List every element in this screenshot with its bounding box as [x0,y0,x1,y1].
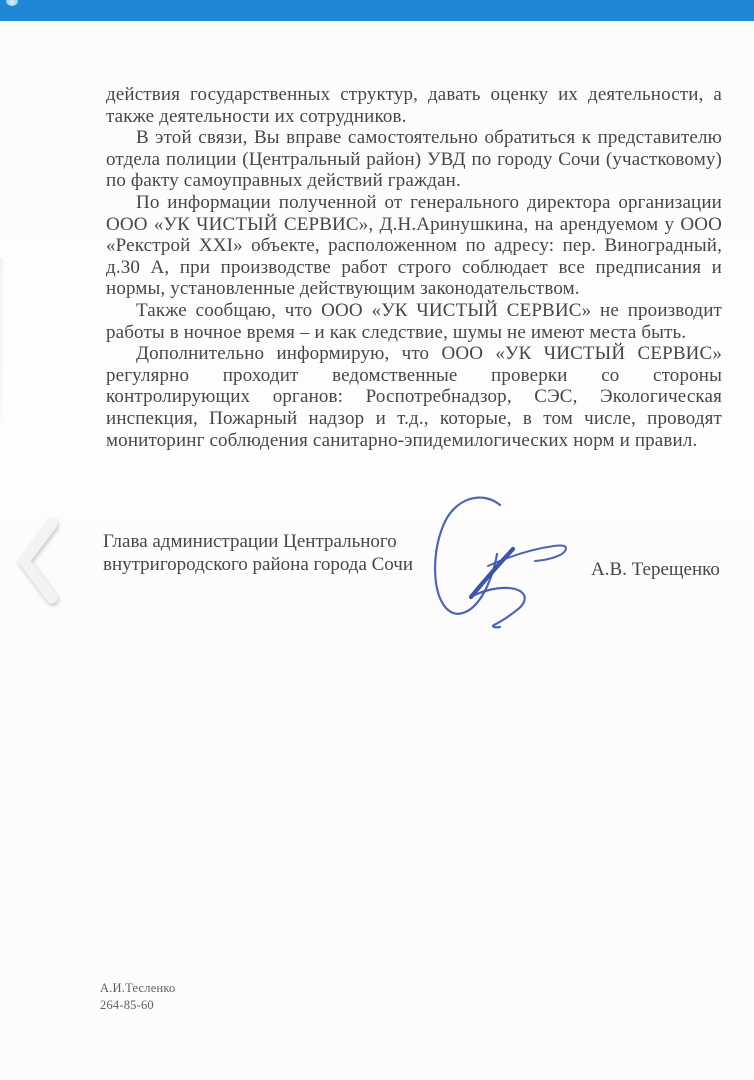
scan-edge-artifact [0,258,3,423]
signatory-title: Глава администрации Центрального внутриг… [103,531,433,576]
executor-contact: А.И.Тесленко 264-85-60 [100,980,175,1013]
paragraph-police-advice: В этой связи, Вы вправе самостоятельно о… [106,127,722,192]
paragraph-inspections: Дополнительно информирую, что ООО «УК ЧИ… [106,343,722,451]
viewer-top-bar [0,0,754,21]
signatory-title-line1: Глава администрации Центрального [103,531,433,554]
executor-phone: 264-85-60 [100,997,175,1014]
letter-body: действия государственных структур, дават… [106,84,722,451]
signatory-title-line2: внутригородского района города Сочи [103,554,433,577]
image-viewer: действия государственных структур, дават… [0,0,754,1080]
handwritten-signature-ink [424,496,576,674]
paragraph-continuation: действия государственных структур, дават… [106,84,722,127]
top-bar-dot-icon [6,0,18,6]
executor-name: А.И.Тесленко [100,980,175,997]
paragraph-director-info: По информации полученной от генерального… [106,192,722,300]
chevron-left-icon [14,516,62,606]
previous-page-button[interactable] [14,516,62,606]
paragraph-night-work: Также сообщаю, что ООО «УК ЧИСТЫЙ СЕРВИС… [106,300,722,343]
signatory-name: А.В. Терещенко [591,559,720,581]
